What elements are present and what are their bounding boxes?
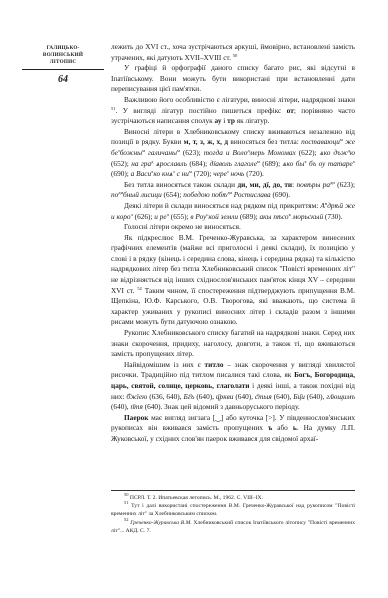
text-run: або — [272, 423, 293, 432]
running-head-line: ЛІТОПИС — [22, 59, 104, 66]
footnote: 50 ПСРЛ. Т. 2. Ипатьевская летопись. М.,… — [111, 494, 355, 502]
text-run: (730). — [323, 212, 342, 221]
running-head-line: ВОЛИНСЬКИЙ — [22, 52, 104, 59]
bold-text: тр — [227, 116, 235, 125]
paragraph: Паерок має вигляд зигзага [‿] або куточк… — [111, 413, 355, 445]
text-run: (640), — [194, 392, 215, 401]
text-run: (720); — [192, 169, 213, 178]
italic-text: поставаюци — [301, 137, 340, 146]
italic-text: ю — [350, 148, 355, 157]
text-run: (655); — [169, 212, 190, 221]
text-run: (626); — [133, 212, 154, 221]
text-run: . У вигляді лігатур постійно пишеться пр… — [116, 106, 287, 115]
running-head: ГАЛИЦЬКО- ВОЛИНСЬКИЙ ЛІТОПИС 64 — [22, 45, 104, 85]
text-run: Важливою його особливістю є лігатури, ви… — [124, 95, 355, 104]
paragraph: Важливою його особливістю є лігатури, ви… — [111, 95, 355, 127]
text-run: (640), — [111, 402, 130, 411]
italic-text: победою побѣ — [183, 190, 227, 199]
footnotes: 50 ПСРЛ. Т. 2. Ипатьевская летопись. М.,… — [111, 494, 355, 535]
footnote: 52 Греченко-Журавська В.М. Хлебниковськи… — [111, 519, 355, 535]
text-run: (640). Знак цей відомий з давньоруського… — [143, 402, 300, 411]
bold-text: м, т, з, ж, х, д — [184, 137, 228, 146]
italic-text: кой земли — [208, 212, 238, 221]
italic-text: повѣры ра — [297, 180, 331, 189]
text-run: Голосні літери окремо не виносяться. — [124, 222, 241, 231]
paragraph: У графіці й орфографії даного списку баг… — [111, 63, 355, 95]
italic-text: а Васи — [131, 169, 151, 178]
text-run: (640), — [305, 392, 326, 401]
italic-text: б҃жїею — [126, 392, 147, 401]
paragraph: Без титла виносяться також склади ди, ми… — [111, 180, 355, 201]
paragraph: Рукопис Хлебниковського списку багатий н… — [111, 328, 355, 360]
text-run: Без титла виносяться також склади — [124, 180, 237, 189]
text-run: (623); — [335, 180, 355, 189]
text-run: (622); — [296, 148, 320, 157]
text-run: (636, 640), — [147, 392, 183, 401]
text-run: Таким чином, її спостереження підтверджу… — [111, 286, 355, 327]
italic-text: дїаволь глаголе — [210, 159, 257, 168]
italic-text: Бг҃ъ — [183, 392, 194, 401]
paragraph: лежить до XVI ст., хоча зустрічаються ар… — [111, 42, 355, 63]
italic-text: ѧко дъж — [320, 148, 348, 157]
paragraph: Виносні літери в Хлебниковському списку … — [111, 127, 355, 180]
footnote: 51 Тут і далі використані спостереження … — [111, 502, 355, 518]
footnote-divider — [111, 490, 355, 491]
italic-text: Бц҃и — [293, 392, 305, 401]
running-head-divider — [22, 69, 104, 70]
text-run: (640), — [233, 392, 254, 401]
italic-text: с ни — [175, 169, 189, 178]
paragraph: Найвідомішим із них є титло – знак скоро… — [111, 360, 355, 413]
paragraph: Голосні літери окремо не виносяться. — [111, 222, 355, 233]
italic-text: чере — [213, 169, 227, 178]
text-run: (690); — [111, 169, 131, 178]
italic-text: мерь Мономах — [250, 148, 296, 157]
italic-text: ц҃ркви — [216, 392, 234, 401]
bold-text: Паерок — [124, 413, 148, 422]
paragraph: Як підкреслює В.М. Греченко-Журавська, з… — [111, 233, 355, 328]
text-run: ПСРЛ. Т. 2. Ипатьевская летопись. М., 19… — [129, 495, 263, 501]
text-run: (640), — [272, 392, 293, 401]
running-head-title: ГАЛИЦЬКО- ВОЛИНСЬКИЙ ЛІТОПИС — [22, 45, 104, 66]
italic-text: бный лисици — [123, 190, 162, 199]
main-text-column: лежить до XVI ст., хоча зустрічаються ар… — [111, 42, 355, 445]
italic-text: ѧрославль — [153, 159, 187, 168]
italic-text: Ростислава — [232, 190, 271, 199]
text-run: Тут і далі використані спостереження В.М… — [111, 503, 355, 517]
text-run: як лігатур. — [235, 116, 269, 125]
superscript: 50 — [233, 53, 238, 58]
text-run: виносяться без титла: — [228, 137, 301, 146]
text-run: (689); — [238, 212, 259, 221]
italic-text: гл҃ющимъ — [326, 392, 355, 401]
italic-text: божны — [120, 148, 142, 157]
text-run: Рукопис Хлебниковського списку багатий н… — [111, 328, 355, 358]
italic-text: бъ оу татаре — [307, 159, 353, 168]
running-head-line: ГАЛИЦЬКО- — [22, 45, 104, 52]
bold-text: от — [287, 106, 294, 115]
text-run: (689); — [260, 159, 283, 168]
bold-text: ди, ми, дї, до, ти — [237, 180, 292, 189]
italic-text: на гра — [131, 159, 151, 168]
italic-text: морьскый — [291, 212, 323, 221]
text-run: (684); — [187, 159, 210, 168]
italic-text: Греченко-Журавська В.М. — [129, 520, 192, 526]
italic-text: ѧко бы — [283, 159, 305, 168]
text-run: (654); — [162, 190, 183, 199]
superscript: х — [353, 159, 355, 164]
text-run: (720). — [244, 169, 263, 178]
bold-text: титло — [205, 360, 224, 369]
page-number: 64 — [22, 74, 104, 85]
text-run: Деякі літери й склади виносяться над ряд… — [124, 201, 320, 210]
text-run: Найвідомішим із них є — [124, 360, 205, 369]
paragraph: Деякі літери й склади виносяться над ряд… — [111, 201, 355, 222]
text-run: У графіці й орфографії даного списку баг… — [111, 63, 355, 93]
italic-text: п҃тя — [130, 402, 142, 411]
text-run: (652); — [111, 159, 131, 168]
italic-text: в Роу — [190, 212, 206, 221]
italic-text: акы пѣсо — [260, 212, 289, 221]
italic-text: ко кнѧ — [153, 169, 173, 178]
text-run: (690). — [271, 190, 290, 199]
italic-text: с҃тыя — [255, 392, 272, 401]
italic-text: ночь — [229, 169, 245, 178]
italic-text: и ре — [154, 212, 166, 221]
text-run: (623); — [180, 148, 204, 157]
italic-text: тогда и Воло — [204, 148, 248, 157]
italic-text: галичаны — [145, 148, 177, 157]
